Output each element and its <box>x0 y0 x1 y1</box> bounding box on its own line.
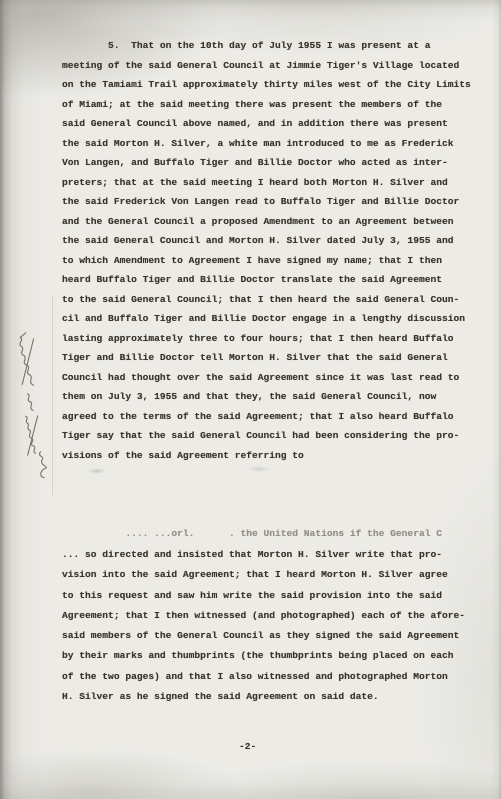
scan-smudge <box>88 468 106 474</box>
paper-crease <box>52 295 53 495</box>
affidavit-paragraph-5: 5. That on the 10th day of July 1955 I w… <box>62 36 471 465</box>
scan-smudge <box>248 466 270 472</box>
faded-text-fragment: .... ...orl. . the United Nations if the… <box>62 524 442 544</box>
scanned-page: 5. That on the 10th day of July 1955 I w… <box>0 0 501 799</box>
margin-handwriting-signature <box>2 316 52 486</box>
affidavit-paragraph-continuation: ... so directed and insisted that Morton… <box>62 545 465 707</box>
page-number: -2- <box>239 740 256 754</box>
